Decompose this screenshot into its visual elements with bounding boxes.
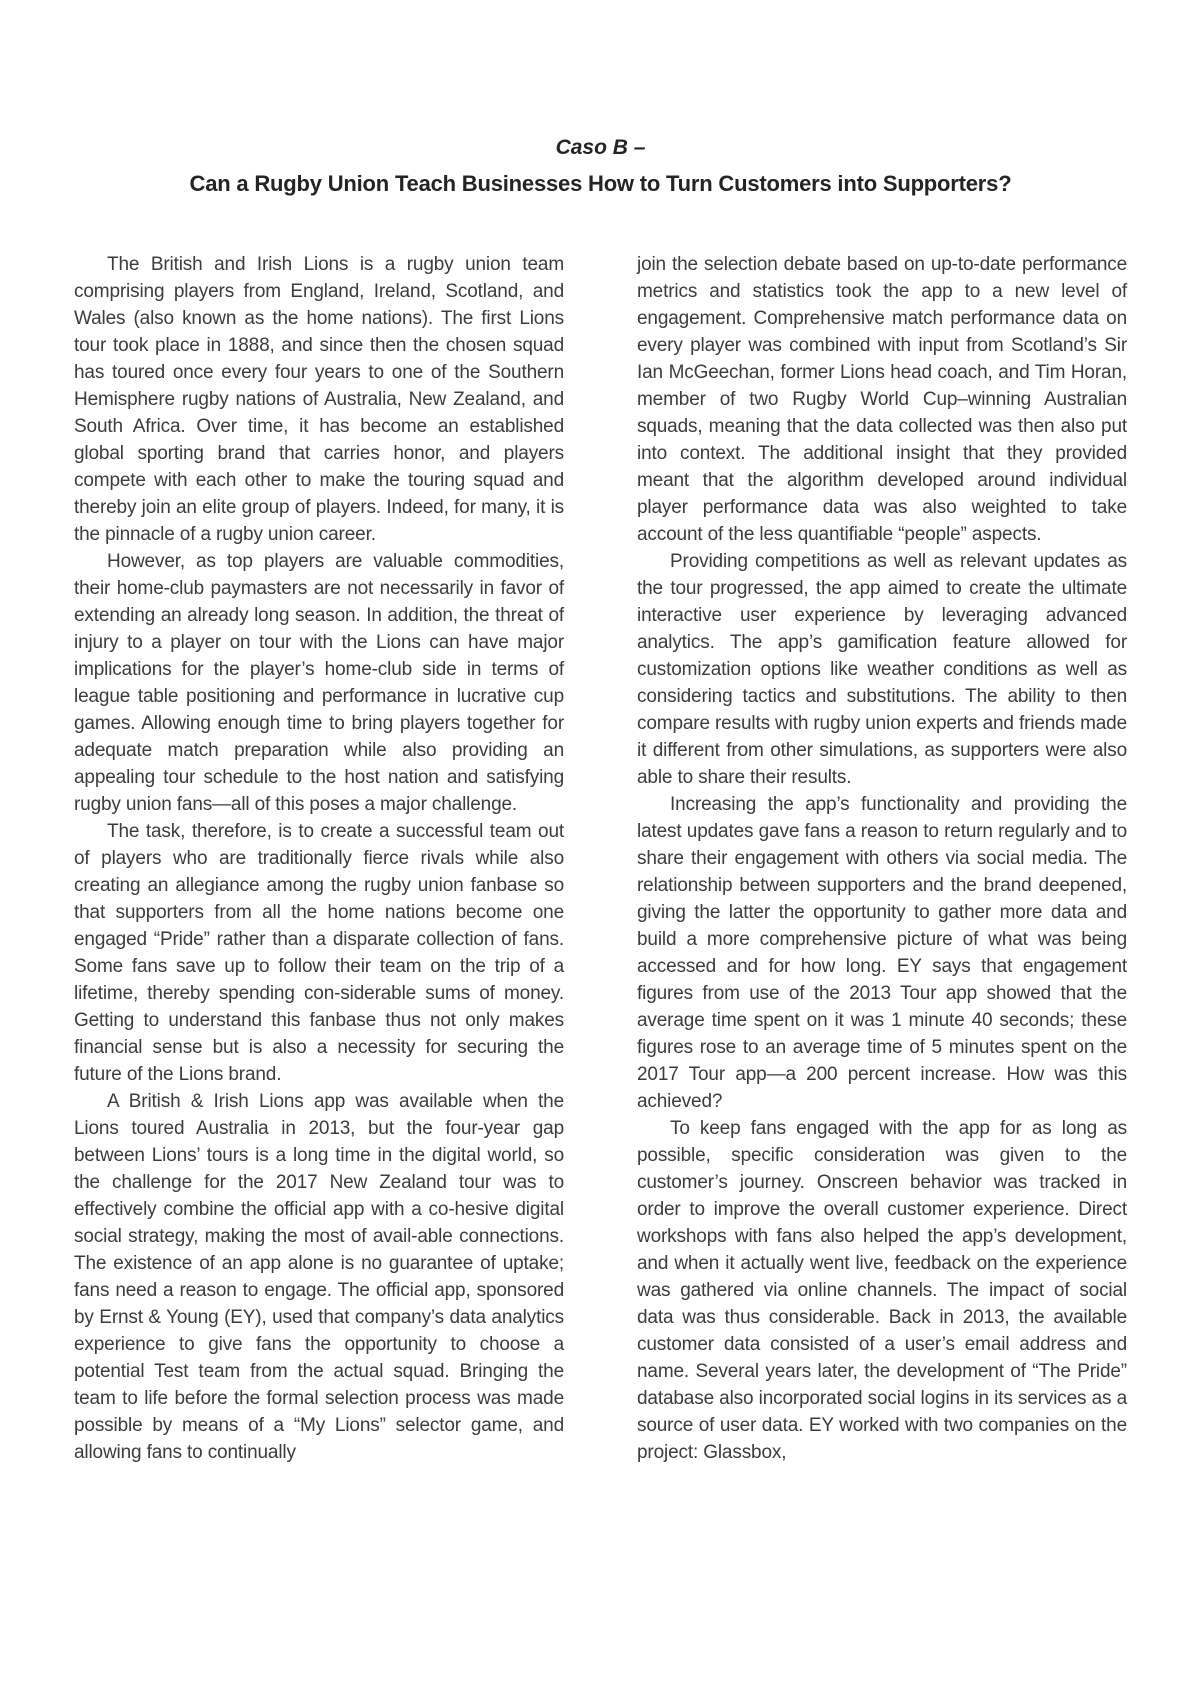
paragraph-lions-app: A British & Irish Lions app was availabl… <box>74 1088 564 1466</box>
paragraph-customer-journey: To keep fans engaged with the app for as… <box>637 1115 1127 1466</box>
paragraph-player-commodities: However, as top players are valuable com… <box>74 548 564 818</box>
paragraph-engagement-figures: Increasing the app’s functionality and p… <box>637 791 1127 1115</box>
two-column-text: The British and Irish Lions is a rugby u… <box>74 251 1127 1466</box>
title-block: Caso B – Can a Rugby Union Teach Busines… <box>74 131 1127 202</box>
paragraph-intro-lions: The British and Irish Lions is a rugby u… <box>74 251 564 548</box>
paragraph-competitions-updates: Providing competitions as well as releva… <box>637 548 1127 791</box>
case-label: Caso B – <box>74 131 1127 165</box>
right-column: join the selection debate based on up-to… <box>637 251 1127 1466</box>
document-page: Caso B – Can a Rugby Union Teach Busines… <box>0 0 1200 1697</box>
left-column: The British and Irish Lions is a rugby u… <box>74 251 564 1466</box>
paragraph-task-pride: The task, therefore, is to create a succ… <box>74 818 564 1088</box>
paragraph-selection-debate: join the selection debate based on up-to… <box>637 251 1127 548</box>
page-title: Can a Rugby Union Teach Businesses How t… <box>74 165 1127 202</box>
